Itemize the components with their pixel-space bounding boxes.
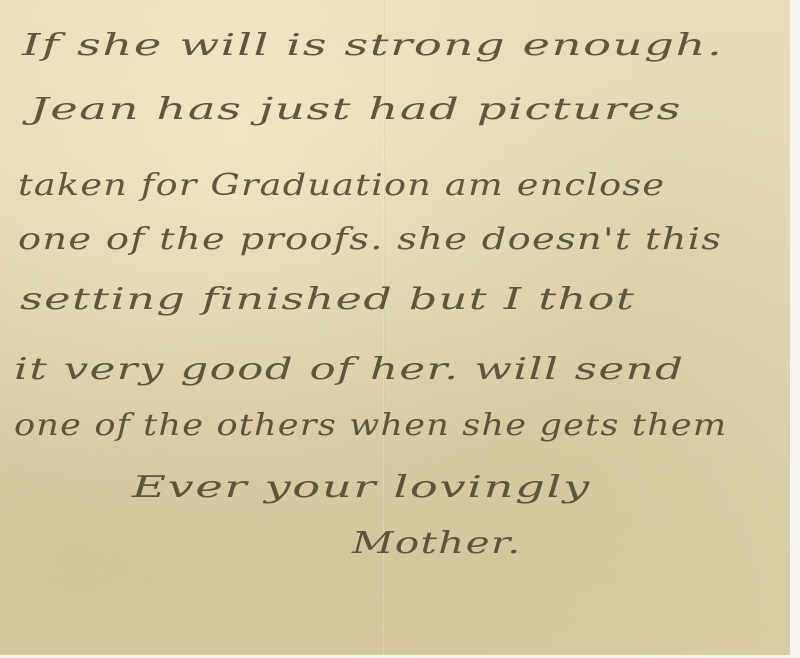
letter-line-3: taken for Graduation am enclose [18,168,665,203]
letter-line-1: If she will is strong enough. [22,28,723,63]
scan-margin-right [790,0,800,658]
letter-closing: Ever your lovingly [132,470,591,505]
letter-signature: Mother. [352,526,521,561]
letter-page: If she will is strong enough. Jean has j… [0,0,790,655]
letter-line-2: Jean has just had pictures [30,92,682,127]
letter-line-4: one of the proofs. she doesn't this [18,222,722,257]
letter-line-5: setting finished but I thot [20,282,635,317]
letter-line-7: one of the others when she gets them [14,408,727,443]
letter-line-6: it very good of her. will send [14,352,684,387]
